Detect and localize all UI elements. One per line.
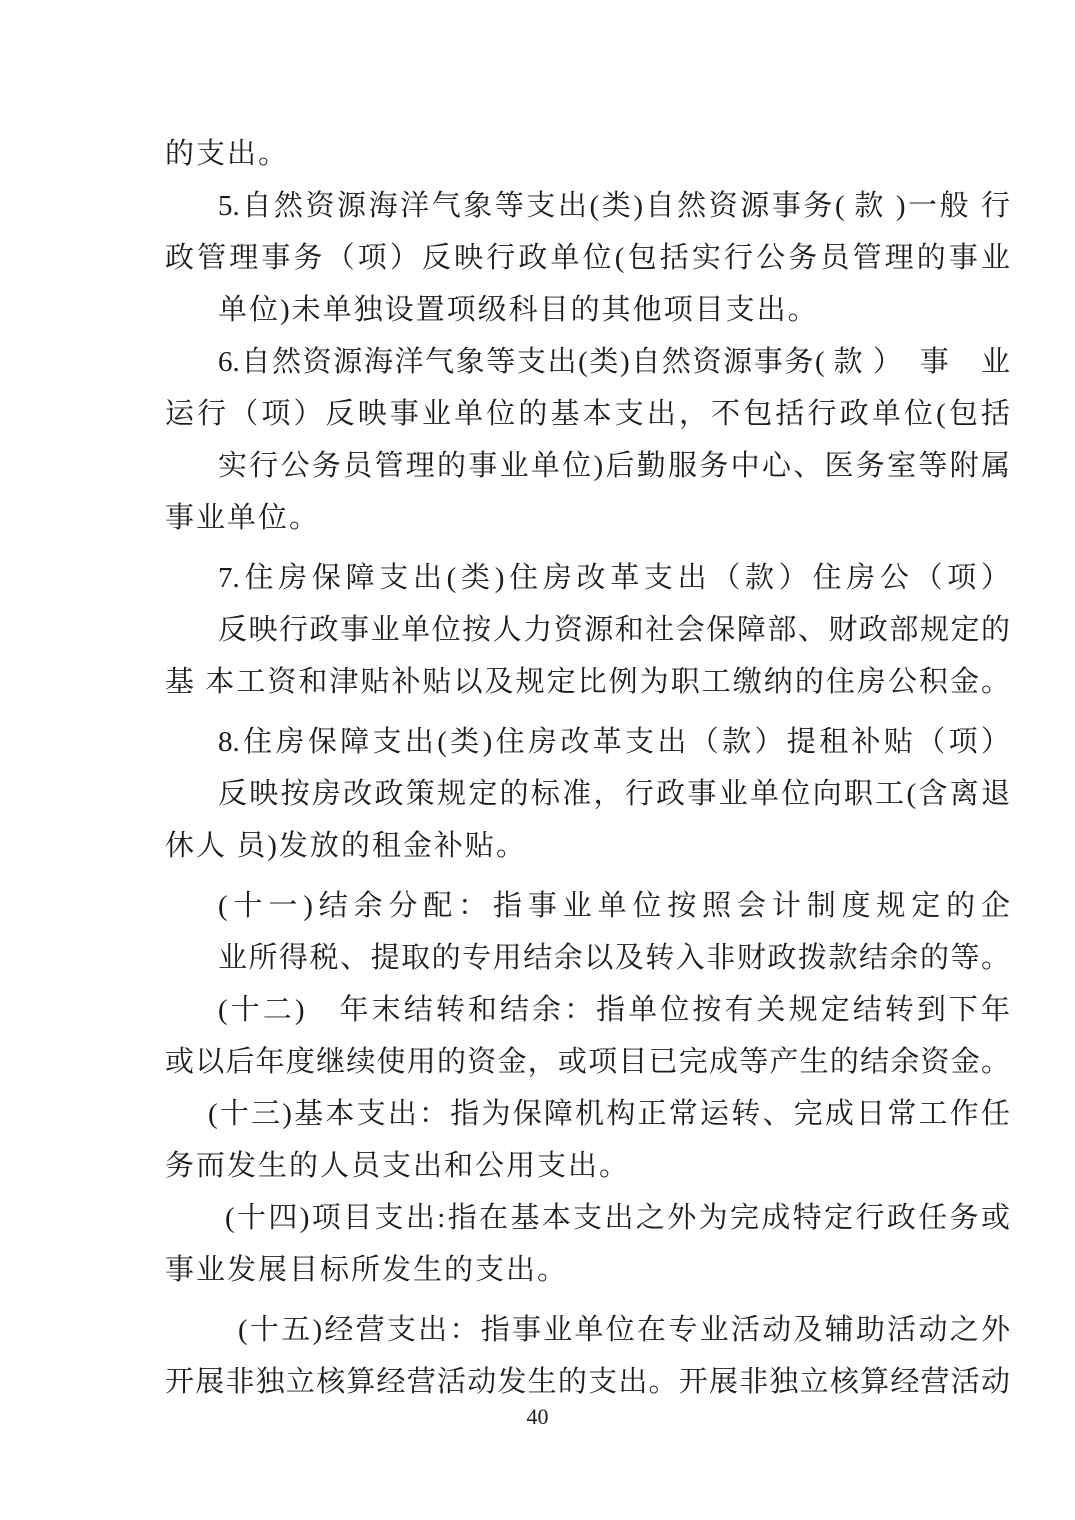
text-line: 反映按房改政策规定的标准，行政事业单位向职工(含离退 <box>165 768 1010 820</box>
text-line: 事业单位。 <box>165 492 1010 544</box>
text-line: 实行公务员管理的事业单位)后勤服务中心、医务室等附属 <box>165 440 1010 492</box>
text-column: 的支出。 5.自然资源海洋气象等支出(类)自然资源事务( 款 )一般 行 政管理… <box>165 128 1010 1408</box>
text-line: (十一)结余分配：指事业单位按照会计制度规定的企 <box>165 880 1010 932</box>
text-line: 开展非独立核算经营活动发生的支出。开展非独立核算经营活动 <box>165 1356 1010 1408</box>
text-line: 6.自然资源海洋气象等支出(类)自然资源事务( 款 ） 事 业 <box>165 336 1010 388</box>
page-number: 40 <box>0 1402 1075 1432</box>
text-line: (十四)项目支出:指在基本支出之外为完成特定行政任务或 <box>165 1192 1010 1244</box>
text-line: 运行（项）反映事业单位的基本支出，不包括行政单位(包括 <box>165 388 1010 440</box>
text-line: 务而发生的人员支出和公用支出。 <box>165 1140 1010 1192</box>
text-line: 政管理事务（项）反映行政单位(包括实行公务员管理的事业 <box>165 232 1010 284</box>
text-line: 8.住房保障支出(类)住房改革支出（款）提租补贴（项） <box>165 716 1010 768</box>
text-line: 基 本工资和津贴补贴以及规定比例为职工缴纳的住房公积金。 <box>165 656 1010 708</box>
text-line: 5.自然资源海洋气象等支出(类)自然资源事务( 款 )一般 行 <box>165 180 1010 232</box>
text-line: 7.住房保障支出(类)住房改革支出（款）住房公（项） <box>165 552 1010 604</box>
document-page: 的支出。 5.自然资源海洋气象等支出(类)自然资源事务( 款 )一般 行 政管理… <box>0 0 1075 1520</box>
text-line: 单位)未单独设置项级科目的其他项目支出。 <box>165 284 1010 336</box>
text-line: 或以后年度继续使用的资金，或项目已完成等产生的结余资金。 <box>165 1036 1010 1088</box>
text-line: 的支出。 <box>165 128 1010 180</box>
text-line: 反映行政事业单位按人力资源和社会保障部、财政部规定的 <box>165 604 1010 656</box>
text-line: 业所得税、提取的专用结余以及转入非财政拨款结余的等。 <box>165 932 1010 984</box>
text-line: (十五)经营支出：指事业单位在专业活动及辅助活动之外 <box>165 1304 1010 1356</box>
text-line: 休人 员)发放的租金补贴。 <box>165 820 1010 872</box>
text-line: (十二) 年末结转和结余：指单位按有关规定结转到下年 <box>165 984 1010 1036</box>
text-line: 事业发展目标所发生的支出。 <box>165 1244 1010 1296</box>
text-line: (十三)基本支出：指为保障机构正常运转、完成日常工作任 <box>165 1088 1010 1140</box>
